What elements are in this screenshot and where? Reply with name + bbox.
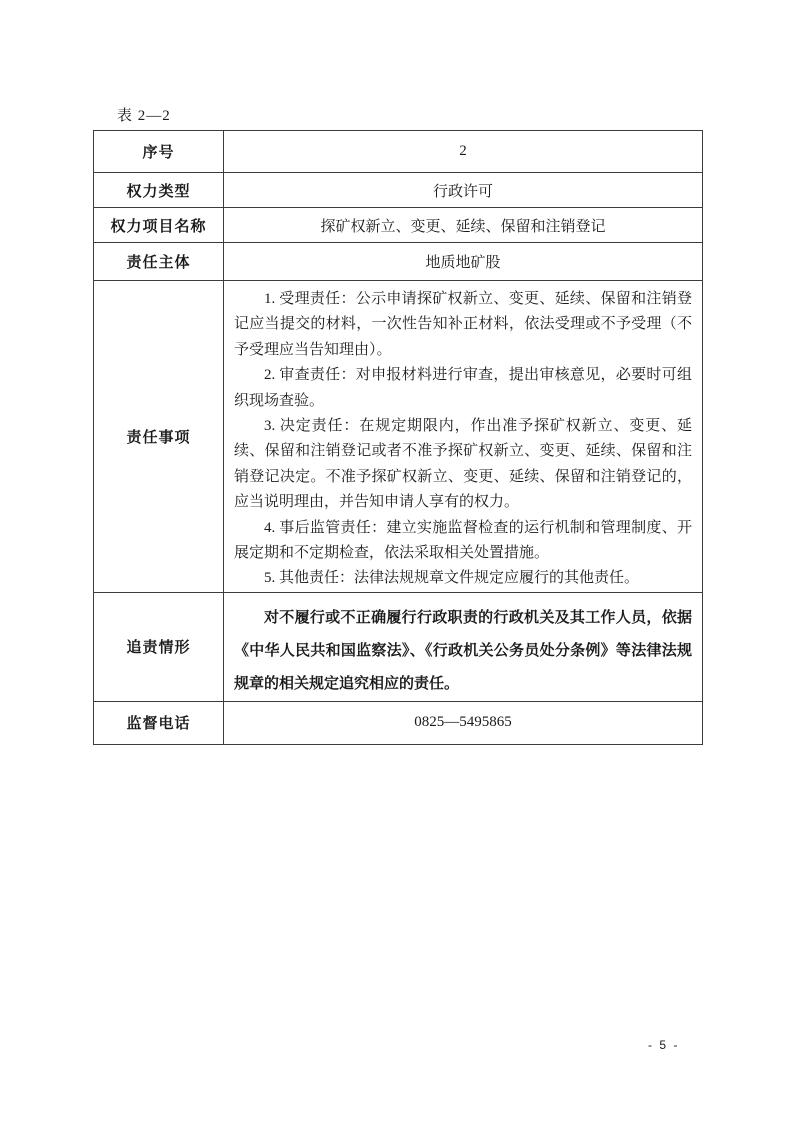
accountability-paragraph: 对不履行或不正确履行行政职责的行政机关及其工作人员，依据《中华人民共和国监察法》… bbox=[234, 602, 692, 701]
responsibility-paragraph-5: 5. 其他责任：法律法规规章文件规定应履行的其他责任。 bbox=[234, 566, 692, 591]
responsibility-table: 序号 2 权力类型 行政许可 权力项目名称 探矿权新立、变更、延续、保留和注销登… bbox=[93, 130, 703, 745]
row-label-power-type: 权力类型 bbox=[94, 173, 224, 208]
row-value-responsibility-items: 1. 受理责任：公示申请探矿权新立、变更、延续、保留和注销登记应当提交的材料，一… bbox=[224, 281, 703, 593]
row-label-power-item-name: 权力项目名称 bbox=[94, 208, 224, 243]
row-label-accountability-situation: 追责情形 bbox=[94, 592, 224, 701]
row-value-serial-number: 2 bbox=[224, 131, 703, 173]
table-row-responsible-body: 责任主体 地质地矿股 bbox=[94, 243, 703, 281]
row-value-supervision-phone: 0825—5495865 bbox=[224, 701, 703, 744]
row-value-power-type: 行政许可 bbox=[224, 173, 703, 208]
table-caption: 表 2—2 bbox=[117, 104, 171, 125]
row-value-responsible-body: 地质地矿股 bbox=[224, 243, 703, 281]
row-value-power-item-name: 探矿权新立、变更、延续、保留和注销登记 bbox=[224, 208, 703, 243]
page-number: - 5 - bbox=[648, 1038, 679, 1052]
row-value-accountability-situation: 对不履行或不正确履行行政职责的行政机关及其工作人员，依据《中华人民共和国监察法》… bbox=[224, 592, 703, 701]
row-label-serial-number: 序号 bbox=[94, 131, 224, 173]
table-row-accountability-situation: 追责情形 对不履行或不正确履行行政职责的行政机关及其工作人员，依据《中华人民共和… bbox=[94, 592, 703, 701]
table-row-power-type: 权力类型 行政许可 bbox=[94, 173, 703, 208]
document-page: 表 2—2 序号 2 权力类型 行政许可 权力项目名称 探矿权新立、变更、延续、… bbox=[0, 0, 793, 1122]
row-label-responsible-body: 责任主体 bbox=[94, 243, 224, 281]
responsibility-paragraph-1: 1. 受理责任：公示申请探矿权新立、变更、延续、保留和注销登记应当提交的材料，一… bbox=[234, 287, 692, 363]
table-row-responsibility-items: 责任事项 1. 受理责任：公示申请探矿权新立、变更、延续、保留和注销登记应当提交… bbox=[94, 281, 703, 593]
row-label-responsibility-items: 责任事项 bbox=[94, 281, 224, 593]
row-label-supervision-phone: 监督电话 bbox=[94, 701, 224, 744]
table-row-power-item-name: 权力项目名称 探矿权新立、变更、延续、保留和注销登记 bbox=[94, 208, 703, 243]
table-row-serial-number: 序号 2 bbox=[94, 131, 703, 173]
table-row-supervision-phone: 监督电话 0825—5495865 bbox=[94, 701, 703, 744]
responsibility-paragraph-2: 2. 审查责任：对申报材料进行审查，提出审核意见，必要时可组织现场查验。 bbox=[234, 363, 692, 414]
responsibility-paragraph-3: 3. 决定责任：在规定期限内，作出准予探矿权新立、变更、延续、保留和注销登记或者… bbox=[234, 414, 692, 516]
responsibility-paragraph-4: 4. 事后监管责任：建立实施监督检查的运行机制和管理制度、开展定期和不定期检查，… bbox=[234, 516, 692, 567]
